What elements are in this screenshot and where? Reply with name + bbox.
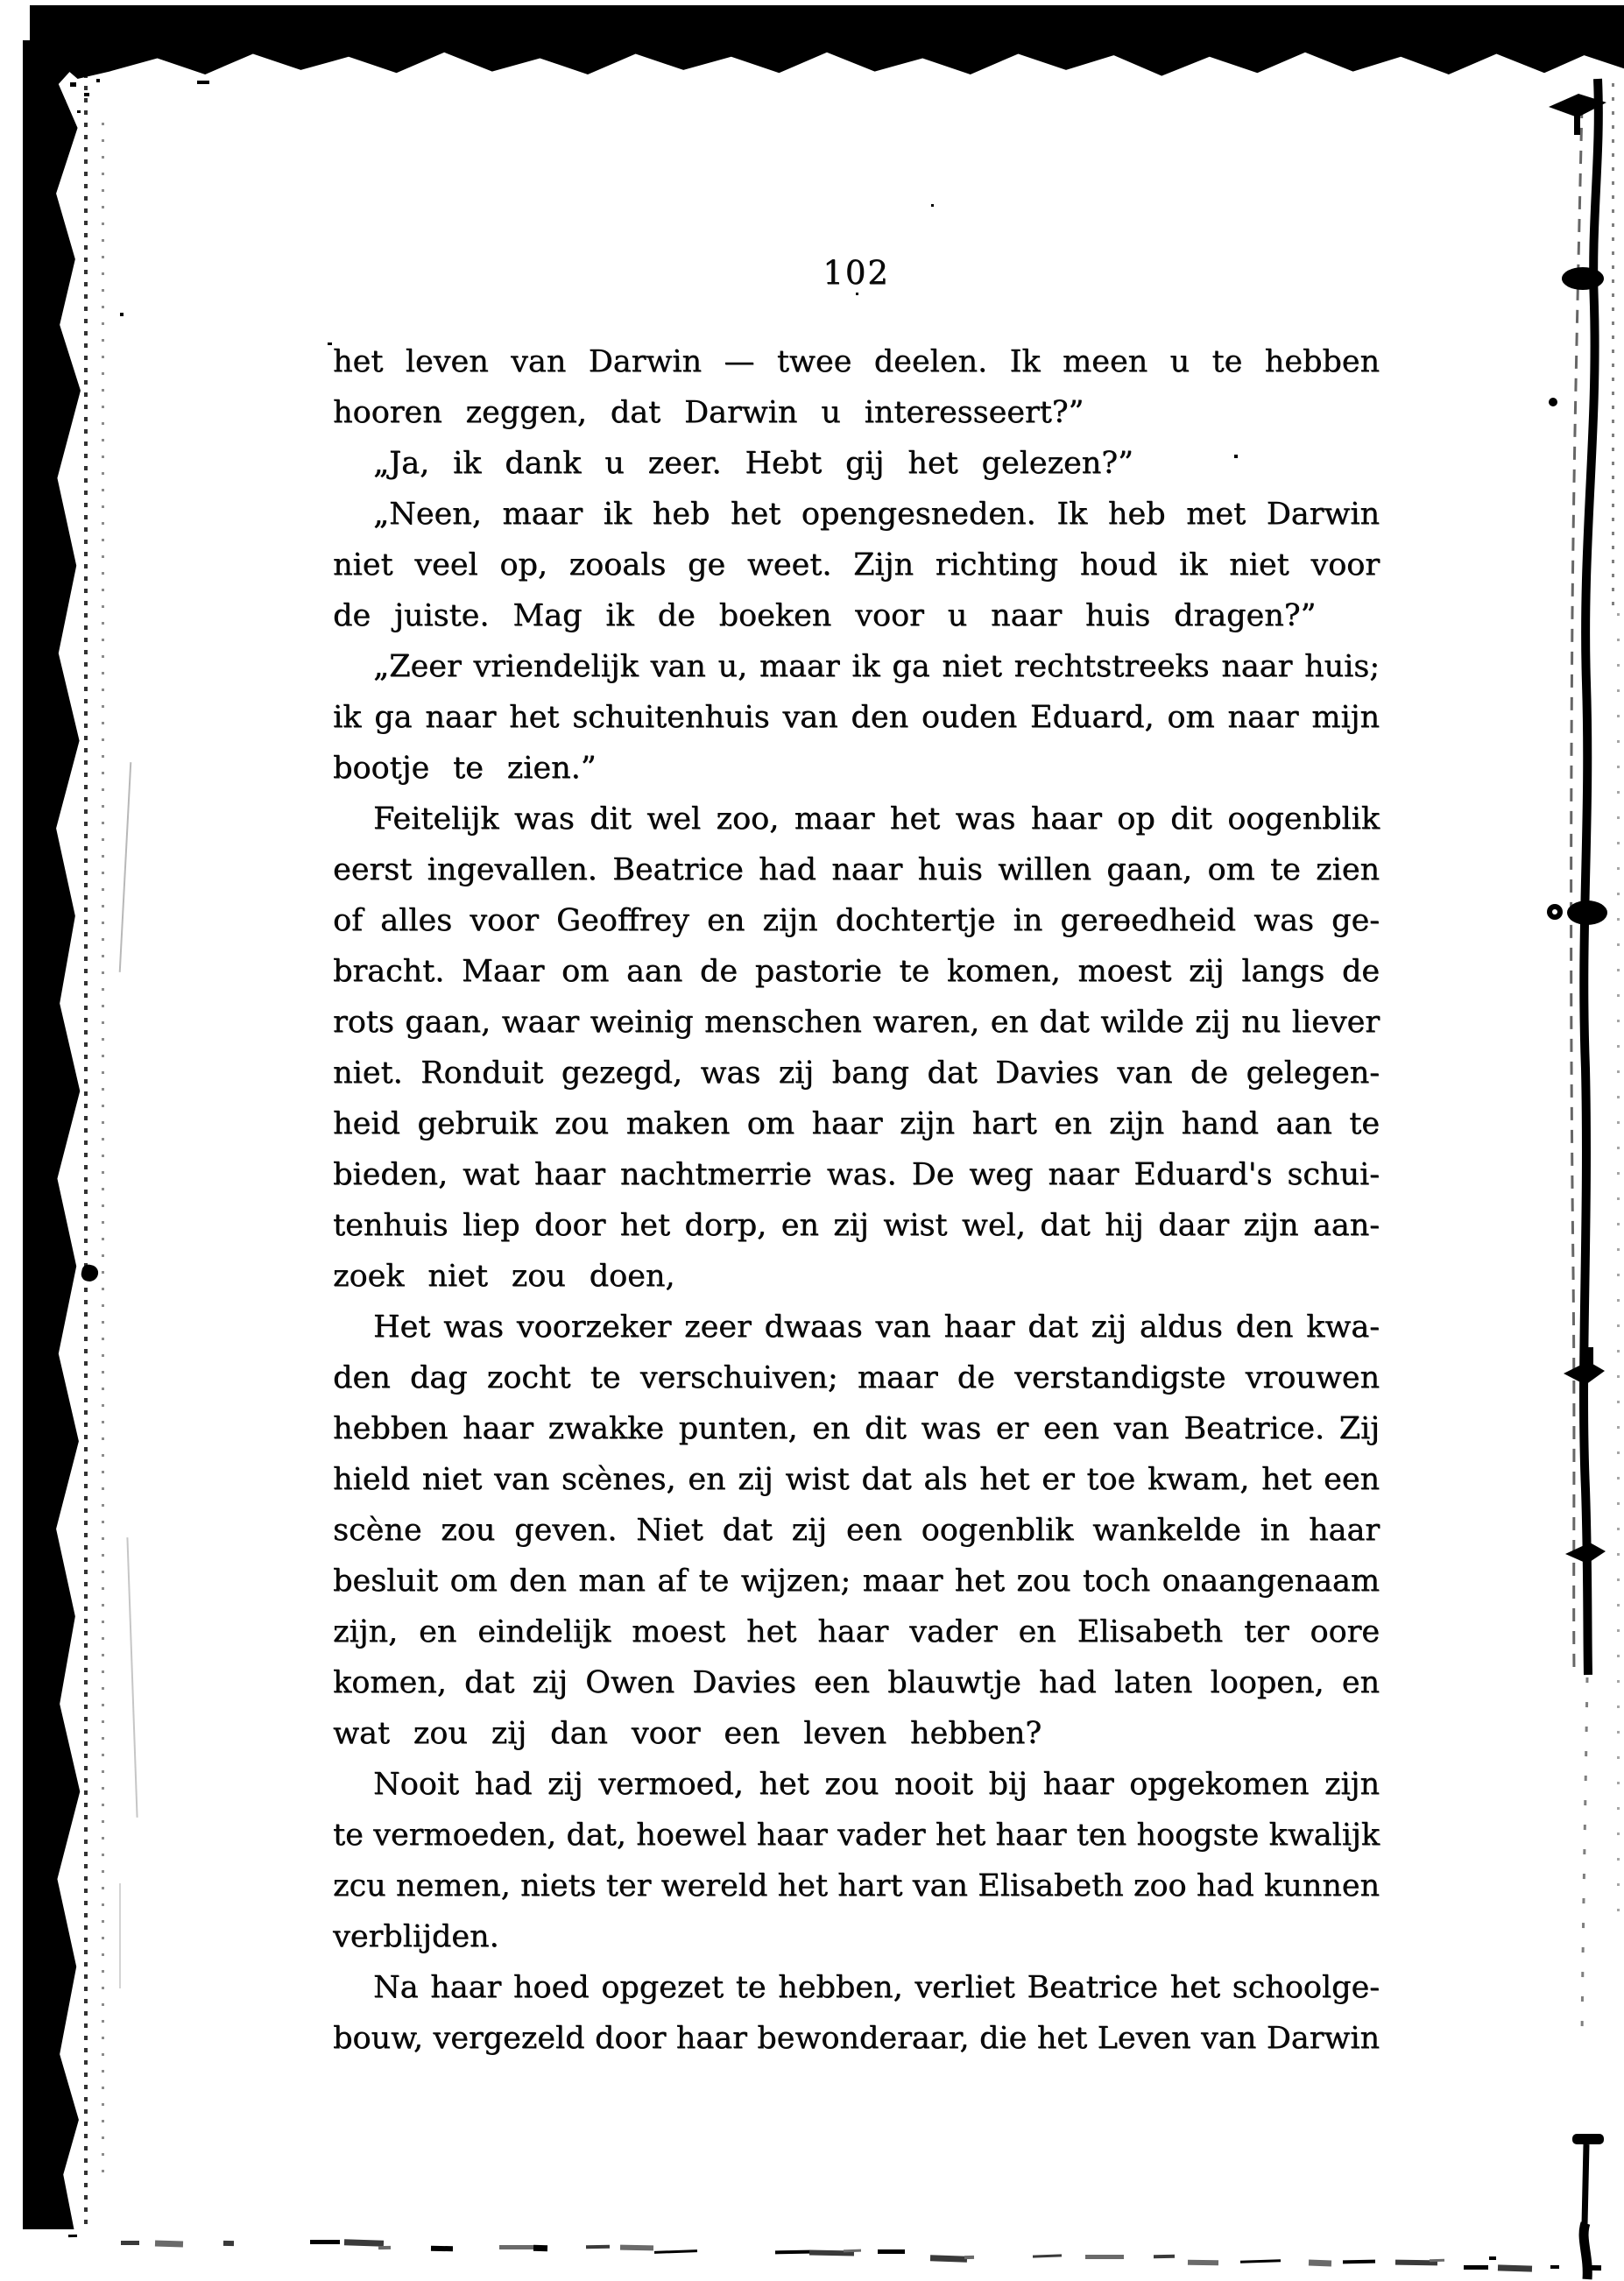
margin-crease: [119, 1883, 121, 1988]
text-line: bracht. Maar om aan de pastorie te komen…: [333, 946, 1380, 997]
scan-speckle: [931, 204, 934, 207]
scan-speckle: [620, 2245, 653, 2251]
text-line: „Zeer vriendelijk van u, maar ik ga niet…: [333, 641, 1380, 692]
scan-speckle: [1154, 2255, 1175, 2258]
scan-speckle: [77, 110, 81, 113]
text-line: verblijden.: [333, 1911, 1380, 1962]
text-line: zoek niet zou doen,: [333, 1251, 1380, 1302]
scan-speckle: [856, 293, 858, 295]
text-line: wat zou zij dan voor een leven hebben?: [333, 1708, 1380, 1759]
scan-speckle: [56, 72, 65, 77]
scan-speckle: [586, 2245, 610, 2249]
ink-blot: [80, 1263, 100, 1283]
scan-edge-dots: [1617, 613, 1620, 1927]
margin-crease: [119, 762, 132, 972]
scan-speckle: [70, 82, 76, 87]
text-line: Het was voorzeker zeer dwaas van haar da…: [333, 1302, 1380, 1352]
scan-speckle: [1430, 2259, 1444, 2263]
text-line: het leven van Darwin — twee deelen. Ik m…: [333, 336, 1380, 387]
text-line: te vermoeden, dat, hoewel haar vader het…: [333, 1810, 1380, 1861]
scan-speckle: [1498, 2264, 1532, 2271]
scan-speckle: [1550, 2265, 1559, 2269]
text-line: komen, dat zij Owen Davies een blauwtje …: [333, 1657, 1380, 1708]
text-line: niet. Ronduit gezegd, was zij bang dat D…: [333, 1048, 1380, 1098]
scan-speckle: [96, 79, 100, 82]
scan-speckle: [84, 93, 89, 96]
scan-speckle: [964, 2256, 974, 2259]
scan-edge-dots: [84, 61, 88, 2225]
scan-speckle: [1585, 2265, 1601, 2270]
scan-speckle: [431, 2246, 453, 2251]
scan-edge-dots: [102, 123, 104, 2172]
scan-speckle: [775, 2250, 810, 2255]
text-line: ik ga naar het schuitenhuis van den oude…: [333, 692, 1380, 743]
scan-speckle: [1464, 2265, 1488, 2270]
text-line: hebben haar zwakke punten, en dit was er…: [333, 1403, 1380, 1454]
scan-speckle: [844, 2249, 861, 2253]
scan-speckle: [1033, 2254, 1062, 2257]
text-line: of alles voor Geoffrey en zijn dochtertj…: [333, 895, 1380, 946]
page-text: het leven van Darwin — twee deelen. Ik m…: [333, 336, 1380, 2064]
page-number: 102: [333, 254, 1380, 292]
text-line: bouw, vergezeld door haar bewonderaar, d…: [333, 2013, 1380, 2064]
text-line: tenhuis liep door het dorp, en zij wist …: [333, 1200, 1380, 1251]
scan-speckle: [378, 2246, 391, 2249]
text-line: niet veel op, zooals ge weet. Zijn richt…: [333, 540, 1380, 590]
text-line: scène zou geven. Niet dat zij een oogenb…: [333, 1505, 1380, 1556]
scan-speckle: [310, 2240, 340, 2244]
text-line: zcu nemen, niets ter wereld het hart van…: [333, 1861, 1380, 1911]
text-line: den dag zocht te verschuiven; maar de ve…: [333, 1352, 1380, 1403]
text-line: rots gaan, waar weinig menschen waren, e…: [333, 997, 1380, 1048]
text-line: zijn, en eindelijk moest het haar vader …: [333, 1607, 1380, 1657]
text-line: hield niet van scènes, en zij wist dat a…: [333, 1454, 1380, 1505]
scan-speckle: [533, 2245, 547, 2252]
scan-speckle: [328, 343, 332, 345]
scan-border-top: [30, 5, 1624, 79]
text-line: hooren zeggen, dat Darwin u interesseert…: [333, 387, 1380, 438]
text-line: bootje te zien.”: [333, 743, 1380, 794]
text-line: Feitelijk was dit wel zoo, maar het was …: [333, 794, 1380, 844]
scan-speckle: [120, 313, 124, 316]
scan-speckle: [68, 2235, 77, 2237]
scan-speckle: [1489, 2256, 1496, 2260]
text-line: Nooit had zij vermoed, het zou nooit bij…: [333, 1759, 1380, 1810]
scan-speckle: [121, 2241, 139, 2245]
scan-speckle: [878, 2249, 905, 2254]
scan-speckle: [1309, 2260, 1331, 2267]
scan-edge-dots: [1612, 83, 1614, 609]
scan-border-left: [23, 40, 82, 2229]
margin-crease: [126, 1537, 138, 1818]
scan-speckle: [1188, 2260, 1218, 2266]
text-line: besluit om den man af te wijzen; maar he…: [333, 1556, 1380, 1607]
text-line: heid gebruik zou maken om haar zijn hart…: [333, 1098, 1380, 1149]
text-line: „Ja, ik dank u zeer. Hebt gij het geleze…: [333, 438, 1380, 489]
scanned-book-page: 102 het leven van Darwin — twee deelen. …: [0, 0, 1624, 2281]
text-line: de juiste. Mag ik de boeken voor u naar …: [333, 590, 1380, 641]
scan-speckle: [61, 100, 66, 103]
scan-speckle: [197, 81, 209, 84]
scan-speckle: [155, 2240, 183, 2247]
text-line: Na haar hoed opgezet te hebben, verliet …: [333, 1962, 1380, 2013]
scan-speckle: [930, 2255, 967, 2262]
scan-speckle: [1343, 2260, 1375, 2264]
scan-speckle: [1085, 2255, 1124, 2259]
scan-speckle: [654, 2249, 697, 2254]
scan-speckle: [1240, 2259, 1281, 2263]
scan-speckle: [223, 2241, 234, 2246]
text-line: eerst ingevallen. Beatrice had naar huis…: [333, 844, 1380, 895]
text-line: „Neen, maar ik heb het opengesneden. Ik …: [333, 489, 1380, 540]
text-line: bieden, wat haar nachtmerrie was. De weg…: [333, 1149, 1380, 1200]
